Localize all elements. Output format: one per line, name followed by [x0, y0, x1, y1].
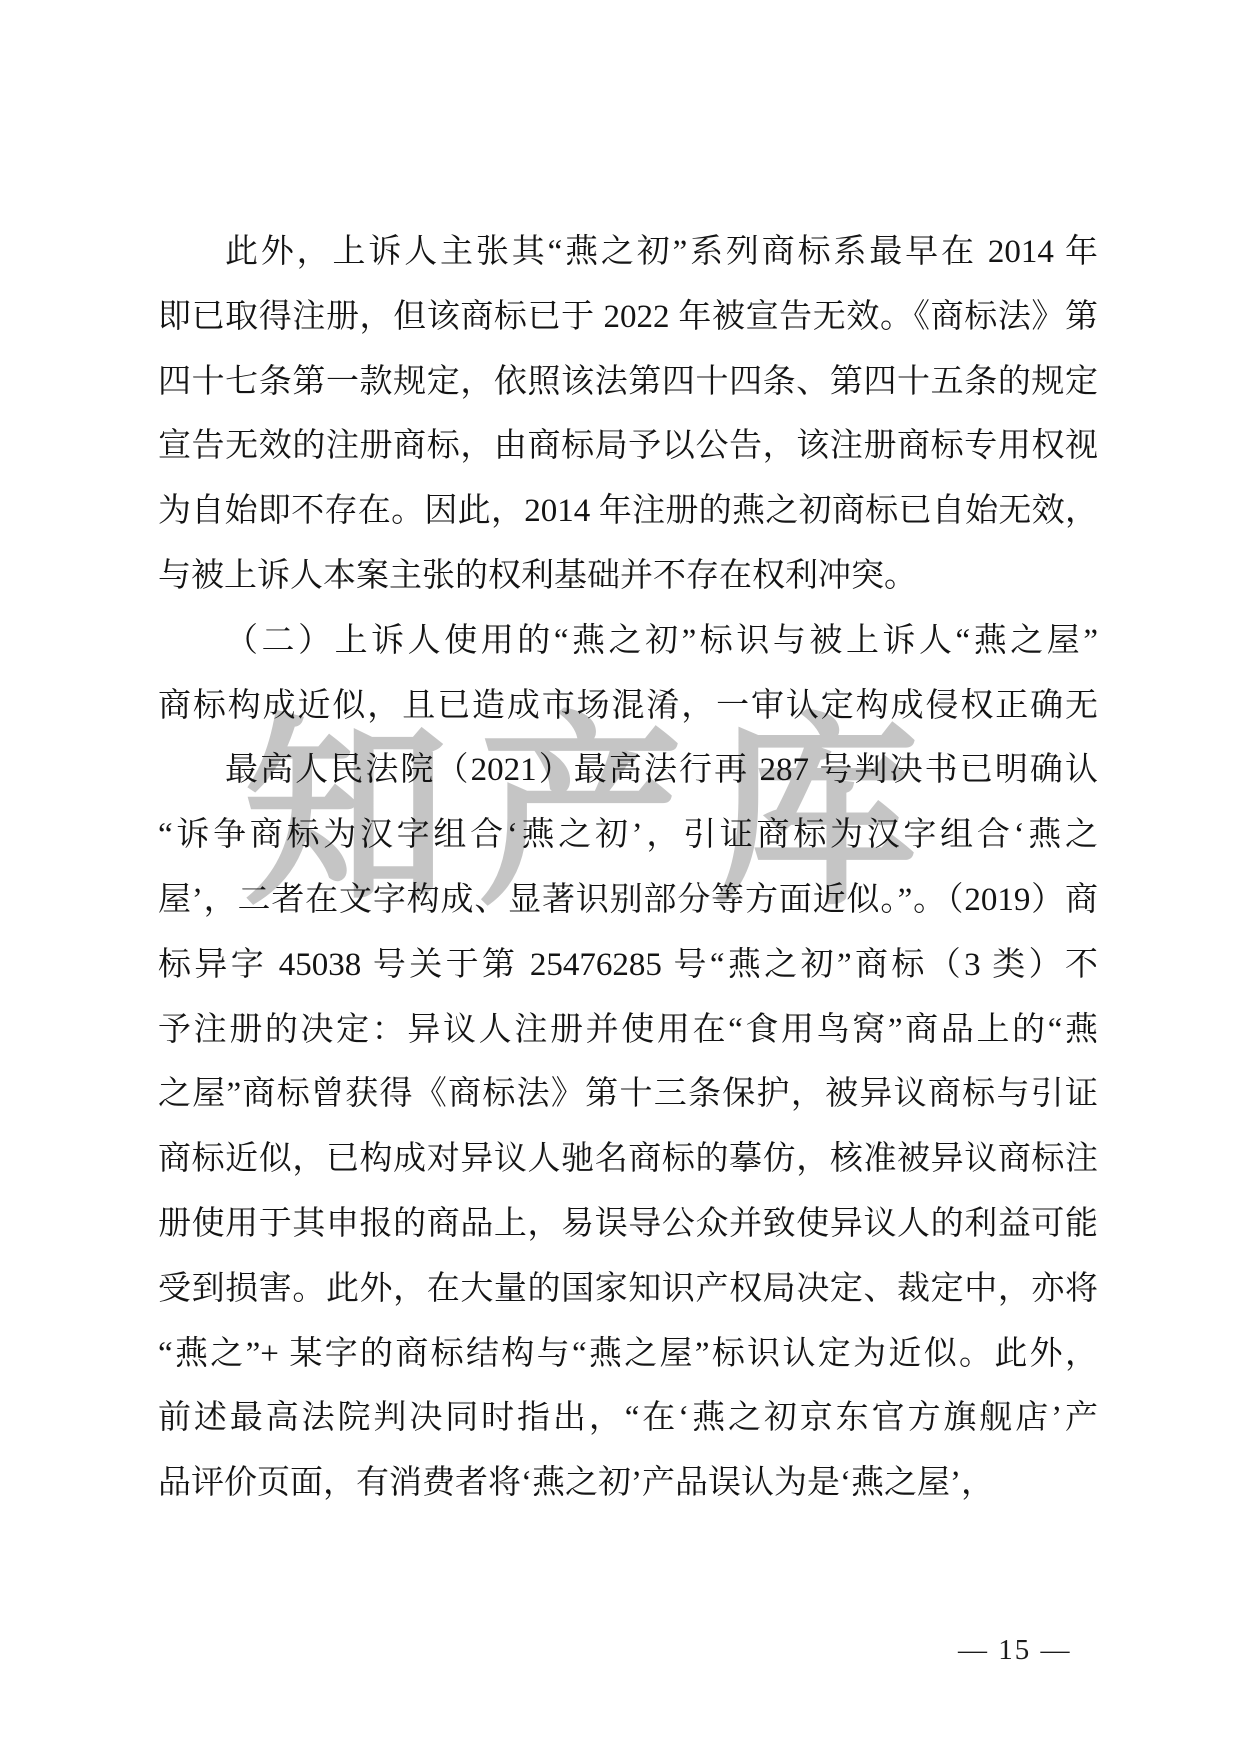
- text-line: 标异字 45038 号关于第 25476285 号“燕之初”商标（3 类）不: [158, 933, 1098, 998]
- page-number: — 15 —: [958, 1630, 1072, 1670]
- text-line: “燕之”+ 某字的商标结构与“燕之屋”标识认定为近似。此外，: [158, 1322, 1098, 1387]
- document-page: 知产库 此外，上诉人主张其“燕之初”系列商标系最早在 2014 年 即已取得注册…: [0, 0, 1240, 1753]
- text-line: 最高人民法院（2021）最高法行再 287 号判决书已明确认定：: [158, 738, 1098, 803]
- text-line: 四十七条第一款规定，依照该法第四十四条、第四十五条的规定: [158, 350, 1098, 415]
- text-line: 之屋”商标曾获得《商标法》第十三条保护，被异议商标与引证: [158, 1062, 1098, 1127]
- text-line: 即已取得注册，但该商标已于 2022 年被宣告无效。《商标法》第: [158, 285, 1098, 350]
- text-line: 册使用于其申报的商品上，易误导公众并致使异议人的利益可能: [158, 1192, 1098, 1257]
- text-line: 与被上诉人本案主张的权利基础并不存在权利冲突。: [158, 544, 1098, 609]
- text-line: 为自始即不存在。因此，2014 年注册的燕之初商标已自始无效，: [158, 479, 1098, 544]
- text-line: 予注册的决定：异议人注册并使用在“食用鸟窝”商品上的“燕: [158, 998, 1098, 1063]
- text-line: “诉争商标为汉字组合‘燕之初’，引证商标为汉字组合‘燕之: [158, 803, 1098, 868]
- text-line: 商标构成近似，且已造成市场混淆，一审认定构成侵权正确无误。: [158, 674, 1098, 739]
- text-line: 前述最高法院判决同时指出，“在‘燕之初京东官方旗舰店’产: [158, 1386, 1098, 1451]
- text-line: 宣告无效的注册商标，由商标局予以公告，该注册商标专用权视: [158, 414, 1098, 479]
- text-line: 品评价页面，有消费者将‘燕之初’产品误认为是‘燕之屋’，: [158, 1451, 1098, 1516]
- text-line: 此外，上诉人主张其“燕之初”系列商标系最早在 2014 年: [158, 220, 1098, 285]
- text-line: （二）上诉人使用的“燕之初”标识与被上诉人“燕之屋”: [158, 609, 1098, 674]
- text-line: 商标近似，已构成对异议人驰名商标的摹仿，核准被异议商标注: [158, 1127, 1098, 1192]
- text-line: 受到损害。此外，在大量的国家知识产权局决定、裁定中，亦将: [158, 1257, 1098, 1322]
- text-line: 屋’，二者在文字构成、显著识别部分等方面近似。”。（2019）商: [158, 868, 1098, 933]
- document-body: 此外，上诉人主张其“燕之初”系列商标系最早在 2014 年 即已取得注册，但该商…: [158, 220, 1098, 1516]
